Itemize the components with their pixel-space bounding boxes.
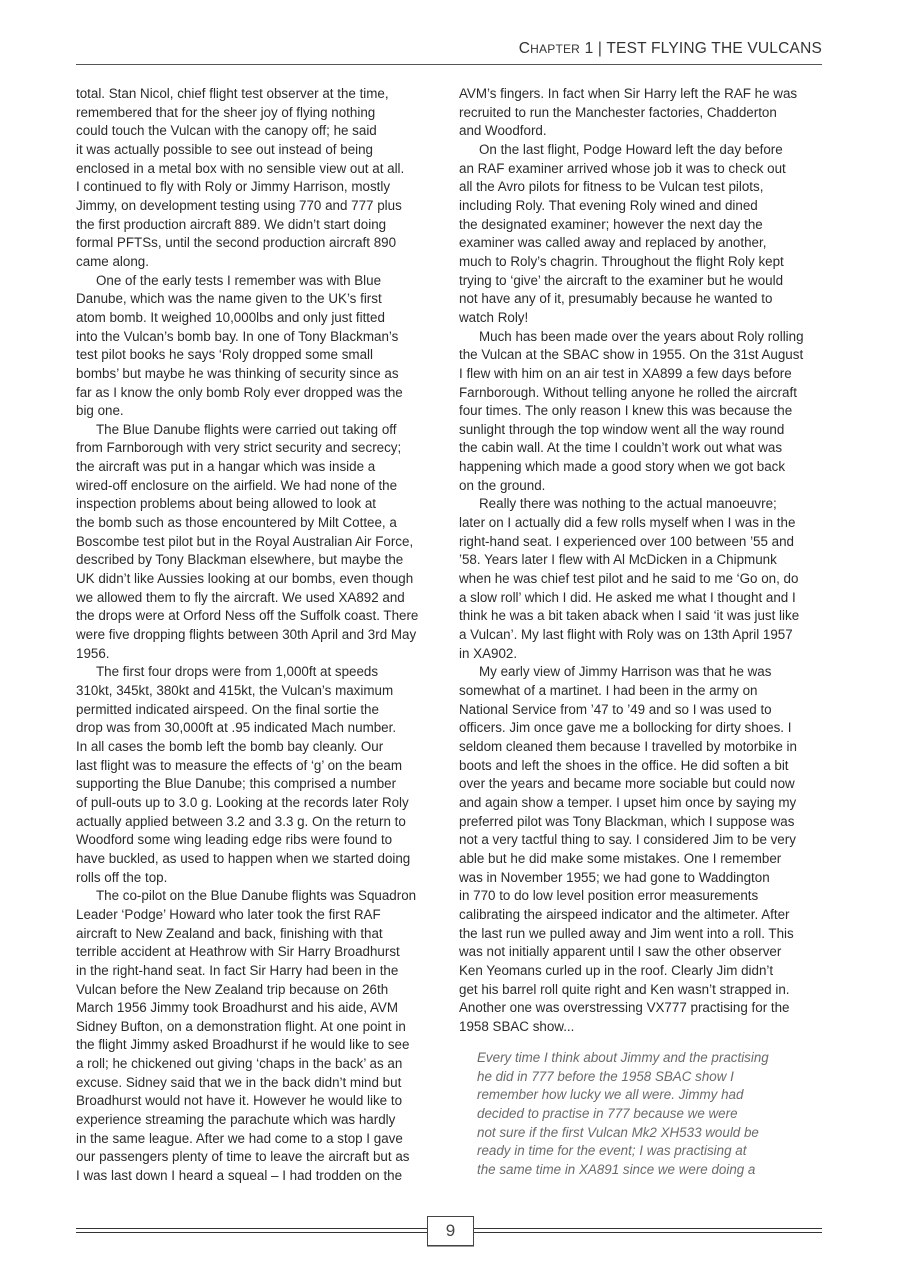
text-line: total. Stan Nicol, chief flight test obs… <box>76 85 448 104</box>
text-line: The first four drops were from 1,000ft a… <box>76 663 448 682</box>
text-line: able but he did make some mistakes. One … <box>459 850 823 869</box>
paragraph: My early view of Jimmy Harrison was that… <box>459 663 823 1036</box>
text-line: preferred pilot was Tony Blackman, which… <box>459 813 823 832</box>
text-line: ’58. Years later I flew with Al McDicken… <box>459 551 823 570</box>
text-line: Really there was nothing to the actual m… <box>459 495 823 514</box>
text-line: drop was from 30,000ft at .95 indicated … <box>76 719 448 738</box>
text-line: in 770 to do low level position error me… <box>459 887 823 906</box>
text-line: a Vulcan’. My last flight with Roly was … <box>459 626 823 645</box>
quote-line: he did in 777 before the 1958 SBAC show … <box>477 1068 807 1087</box>
paragraph: On the last flight, Podge Howard left th… <box>459 141 823 328</box>
italic-quote-block: Every time I think about Jimmy and the p… <box>477 1049 807 1180</box>
text-line: Ken Yeomans curled up in the roof. Clear… <box>459 962 823 981</box>
paragraph: AVM’s fingers. In fact when Sir Harry le… <box>459 85 823 141</box>
left-text-column: total. Stan Nicol, chief flight test obs… <box>76 85 448 1186</box>
text-line: in XA902. <box>459 645 823 664</box>
chapter-label-rest: HAPTER <box>530 42 580 56</box>
quote-line: decided to practise in 777 because we we… <box>477 1105 807 1124</box>
text-line: from Farnborough with very strict securi… <box>76 439 448 458</box>
running-head: CHAPTER 1 | TEST FLYING THE VULCANS <box>519 40 822 58</box>
text-line: Broadhurst would not have it. However he… <box>76 1092 448 1111</box>
text-line: the drops were at Orford Ness off the Su… <box>76 607 448 626</box>
text-line: the first production aircraft 889. We di… <box>76 216 448 235</box>
text-line: test pilot books he says ‘Roly dropped s… <box>76 346 448 365</box>
text-line: not have any of it, presumably because h… <box>459 290 823 309</box>
text-line: inspection problems about being allowed … <box>76 495 448 514</box>
quote-line: Every time I think about Jimmy and the p… <box>477 1049 807 1068</box>
quote-line: not sure if the first Vulcan Mk2 XH533 w… <box>477 1124 807 1143</box>
text-line: of pull-outs up to 3.0 g. Looking at the… <box>76 794 448 813</box>
text-line: Boscombe test pilot but in the Royal Aus… <box>76 533 448 552</box>
paragraph: Really there was nothing to the actual m… <box>459 495 823 663</box>
text-line: including Roly. That evening Roly wined … <box>459 197 823 216</box>
text-line: excuse. Sidney said that we in the back … <box>76 1074 448 1093</box>
text-line: have buckled, as used to happen when we … <box>76 850 448 869</box>
text-line: boots and left the shoes in the office. … <box>459 757 823 776</box>
text-line: Another one was overstressing VX777 prac… <box>459 999 823 1018</box>
text-line: in the right-hand seat. In fact Sir Harr… <box>76 962 448 981</box>
chapter-number: 1 <box>585 40 594 57</box>
text-line: wired-off enclosure on the airfield. We … <box>76 477 448 496</box>
text-line: and again show a temper. I upset him onc… <box>459 794 823 813</box>
text-line: actually applied between 3.2 and 3.3 g. … <box>76 813 448 832</box>
text-line: 310kt, 345kt, 380kt and 415kt, the Vulca… <box>76 682 448 701</box>
text-line: and Woodford. <box>459 122 823 141</box>
text-line: the last run we pulled away and Jim went… <box>459 925 823 944</box>
text-line: Leader ‘Podge’ Howard who later took the… <box>76 906 448 925</box>
text-line: March 1956 Jimmy took Broadhurst and his… <box>76 999 448 1018</box>
text-line: terrible accident at Heathrow with Sir H… <box>76 943 448 962</box>
text-line: examiner was called away and replaced by… <box>459 234 823 253</box>
paragraph: Much has been made over the years about … <box>459 328 823 496</box>
text-line: a slow roll’ which I did. He asked me wh… <box>459 589 823 608</box>
text-line: were five dropping flights between 30th … <box>76 626 448 645</box>
text-line: right-hand seat. I experienced over 100 … <box>459 533 823 552</box>
text-line: the designated examiner; however the nex… <box>459 216 823 235</box>
text-line: the aircraft was put in a hangar which w… <box>76 458 448 477</box>
text-line: atom bomb. It weighed 10,000lbs and only… <box>76 309 448 328</box>
text-line: big one. <box>76 402 448 421</box>
header-rule <box>76 64 822 65</box>
text-line: In all cases the bomb left the bomb bay … <box>76 738 448 757</box>
text-line: Woodford some wing leading edge ribs wer… <box>76 831 448 850</box>
chapter-label-initial: C <box>519 40 530 57</box>
text-line: The Blue Danube flights were carried out… <box>76 421 448 440</box>
text-line: a roll; he chickened out giving ‘chaps i… <box>76 1055 448 1074</box>
text-line: UK didn’t like Aussies looking at our bo… <box>76 570 448 589</box>
text-line: it was actually possible to see out inst… <box>76 141 448 160</box>
paragraph: The Blue Danube flights were carried out… <box>76 421 448 664</box>
text-line: later on I actually did a few rolls myse… <box>459 514 823 533</box>
text-line: My early view of Jimmy Harrison was that… <box>459 663 823 682</box>
text-line: sunlight through the top window went all… <box>459 421 823 440</box>
text-line: One of the early tests I remember was wi… <box>76 272 448 291</box>
text-line: bombs’ but maybe he was thinking of secu… <box>76 365 448 384</box>
text-line: the flight Jimmy asked Broadhurst if he … <box>76 1036 448 1055</box>
quote-line: ready in time for the event; I was pract… <box>477 1142 807 1161</box>
text-line: Danube, which was the name given to the … <box>76 290 448 309</box>
text-line: not a very tactful thing to say. I consi… <box>459 831 823 850</box>
paragraph: The first four drops were from 1,000ft a… <box>76 663 448 887</box>
text-line: described by Tony Blackman elsewhere, bu… <box>76 551 448 570</box>
footer-rule-right <box>472 1228 822 1233</box>
text-line: experience streaming the parachute which… <box>76 1111 448 1130</box>
text-line: Vulcan before the New Zealand trip becau… <box>76 981 448 1000</box>
chapter-title: TEST FLYING THE VULCANS <box>606 40 822 57</box>
text-line: AVM’s fingers. In fact when Sir Harry le… <box>459 85 823 104</box>
paragraph: One of the early tests I remember was wi… <box>76 272 448 421</box>
text-line: Jimmy, on development testing using 770 … <box>76 197 448 216</box>
text-line: over the years and became more sociable … <box>459 775 823 794</box>
text-line: Farnborough. Without telling anyone he r… <box>459 384 823 403</box>
text-line: National Service from ’47 to ’49 and so … <box>459 701 823 720</box>
text-line: supporting the Blue Danube; this compris… <box>76 775 448 794</box>
text-line: get his barrel roll quite right and Ken … <box>459 981 823 1000</box>
text-line: 1958 SBAC show... <box>459 1018 823 1037</box>
text-line: four times. The only reason I knew this … <box>459 402 823 421</box>
text-line: aircraft to New Zealand and back, finish… <box>76 925 448 944</box>
text-line: seldom cleaned them because I travelled … <box>459 738 823 757</box>
text-line: on the ground. <box>459 477 823 496</box>
text-line: remembered that for the sheer joy of fly… <box>76 104 448 123</box>
text-line: watch Roly! <box>459 309 823 328</box>
running-head-separator: | <box>598 40 602 57</box>
text-line: the Vulcan at the SBAC show in 1955. On … <box>459 346 823 365</box>
text-line: officers. Jim once gave me a bollocking … <box>459 719 823 738</box>
text-line: far as I know the only bomb Roly ever dr… <box>76 384 448 403</box>
paragraph: total. Stan Nicol, chief flight test obs… <box>76 85 448 272</box>
text-line: somewhat of a martinet. I had been in th… <box>459 682 823 701</box>
text-line: in the same league. After we had come to… <box>76 1130 448 1149</box>
text-line: calibrating the airspeed indicator and t… <box>459 906 823 925</box>
text-line: permitted indicated airspeed. On the fin… <box>76 701 448 720</box>
text-line: much to Roly’s chagrin. Throughout the f… <box>459 253 823 272</box>
text-line: was not initially apparent until I saw t… <box>459 943 823 962</box>
text-line: The co-pilot on the Blue Danube flights … <box>76 887 448 906</box>
text-line: I flew with him on an air test in XA899 … <box>459 365 823 384</box>
text-line: the bomb such as those encountered by Mi… <box>76 514 448 533</box>
text-line: On the last flight, Podge Howard left th… <box>459 141 823 160</box>
text-line: the cabin wall. At the time I couldn’t w… <box>459 439 823 458</box>
text-line: rolls off the top. <box>76 869 448 888</box>
text-line: formal PFTSs, until the second productio… <box>76 234 448 253</box>
footer-rule-left <box>76 1228 427 1233</box>
text-line: Sidney Bufton, on a demonstration flight… <box>76 1018 448 1037</box>
text-line: into the Vulcan’s bomb bay. In one of To… <box>76 328 448 347</box>
text-line: happening which made a good story when w… <box>459 458 823 477</box>
text-line: an RAF examiner arrived whose job it was… <box>459 160 823 179</box>
paragraph: The co-pilot on the Blue Danube flights … <box>76 887 448 1186</box>
text-line: was in November 1955; we had gone to Wad… <box>459 869 823 888</box>
text-line: we allowed them to fly the aircraft. We … <box>76 589 448 608</box>
text-line: our passengers plenty of time to leave t… <box>76 1148 448 1167</box>
quote-line: the same time in XA891 since we were doi… <box>477 1161 807 1180</box>
text-line: I was last down I heard a squeal – I had… <box>76 1167 448 1186</box>
text-line: trying to ‘give’ the aircraft to the exa… <box>459 272 823 291</box>
right-text-column: AVM’s fingers. In fact when Sir Harry le… <box>459 85 823 1036</box>
text-line: could touch the Vulcan with the canopy o… <box>76 122 448 141</box>
text-line: when he was chief test pilot and he said… <box>459 570 823 589</box>
text-line: Much has been made over the years about … <box>459 328 823 347</box>
quote-line: remember how lucky we all were. Jimmy ha… <box>477 1086 807 1105</box>
text-line: last flight was to measure the effects o… <box>76 757 448 776</box>
page-number-box: 9 <box>427 1216 474 1246</box>
text-line: 1956. <box>76 645 448 664</box>
text-line: enclosed in a metal box with no sensible… <box>76 160 448 179</box>
text-line: recruited to run the Manchester factorie… <box>459 104 823 123</box>
text-line: all the Avro pilots for fitness to be Vu… <box>459 178 823 197</box>
text-line: think he was a bit taken aback when I sa… <box>459 607 823 626</box>
text-line: came along. <box>76 253 448 272</box>
text-line: I continued to fly with Roly or Jimmy Ha… <box>76 178 448 197</box>
